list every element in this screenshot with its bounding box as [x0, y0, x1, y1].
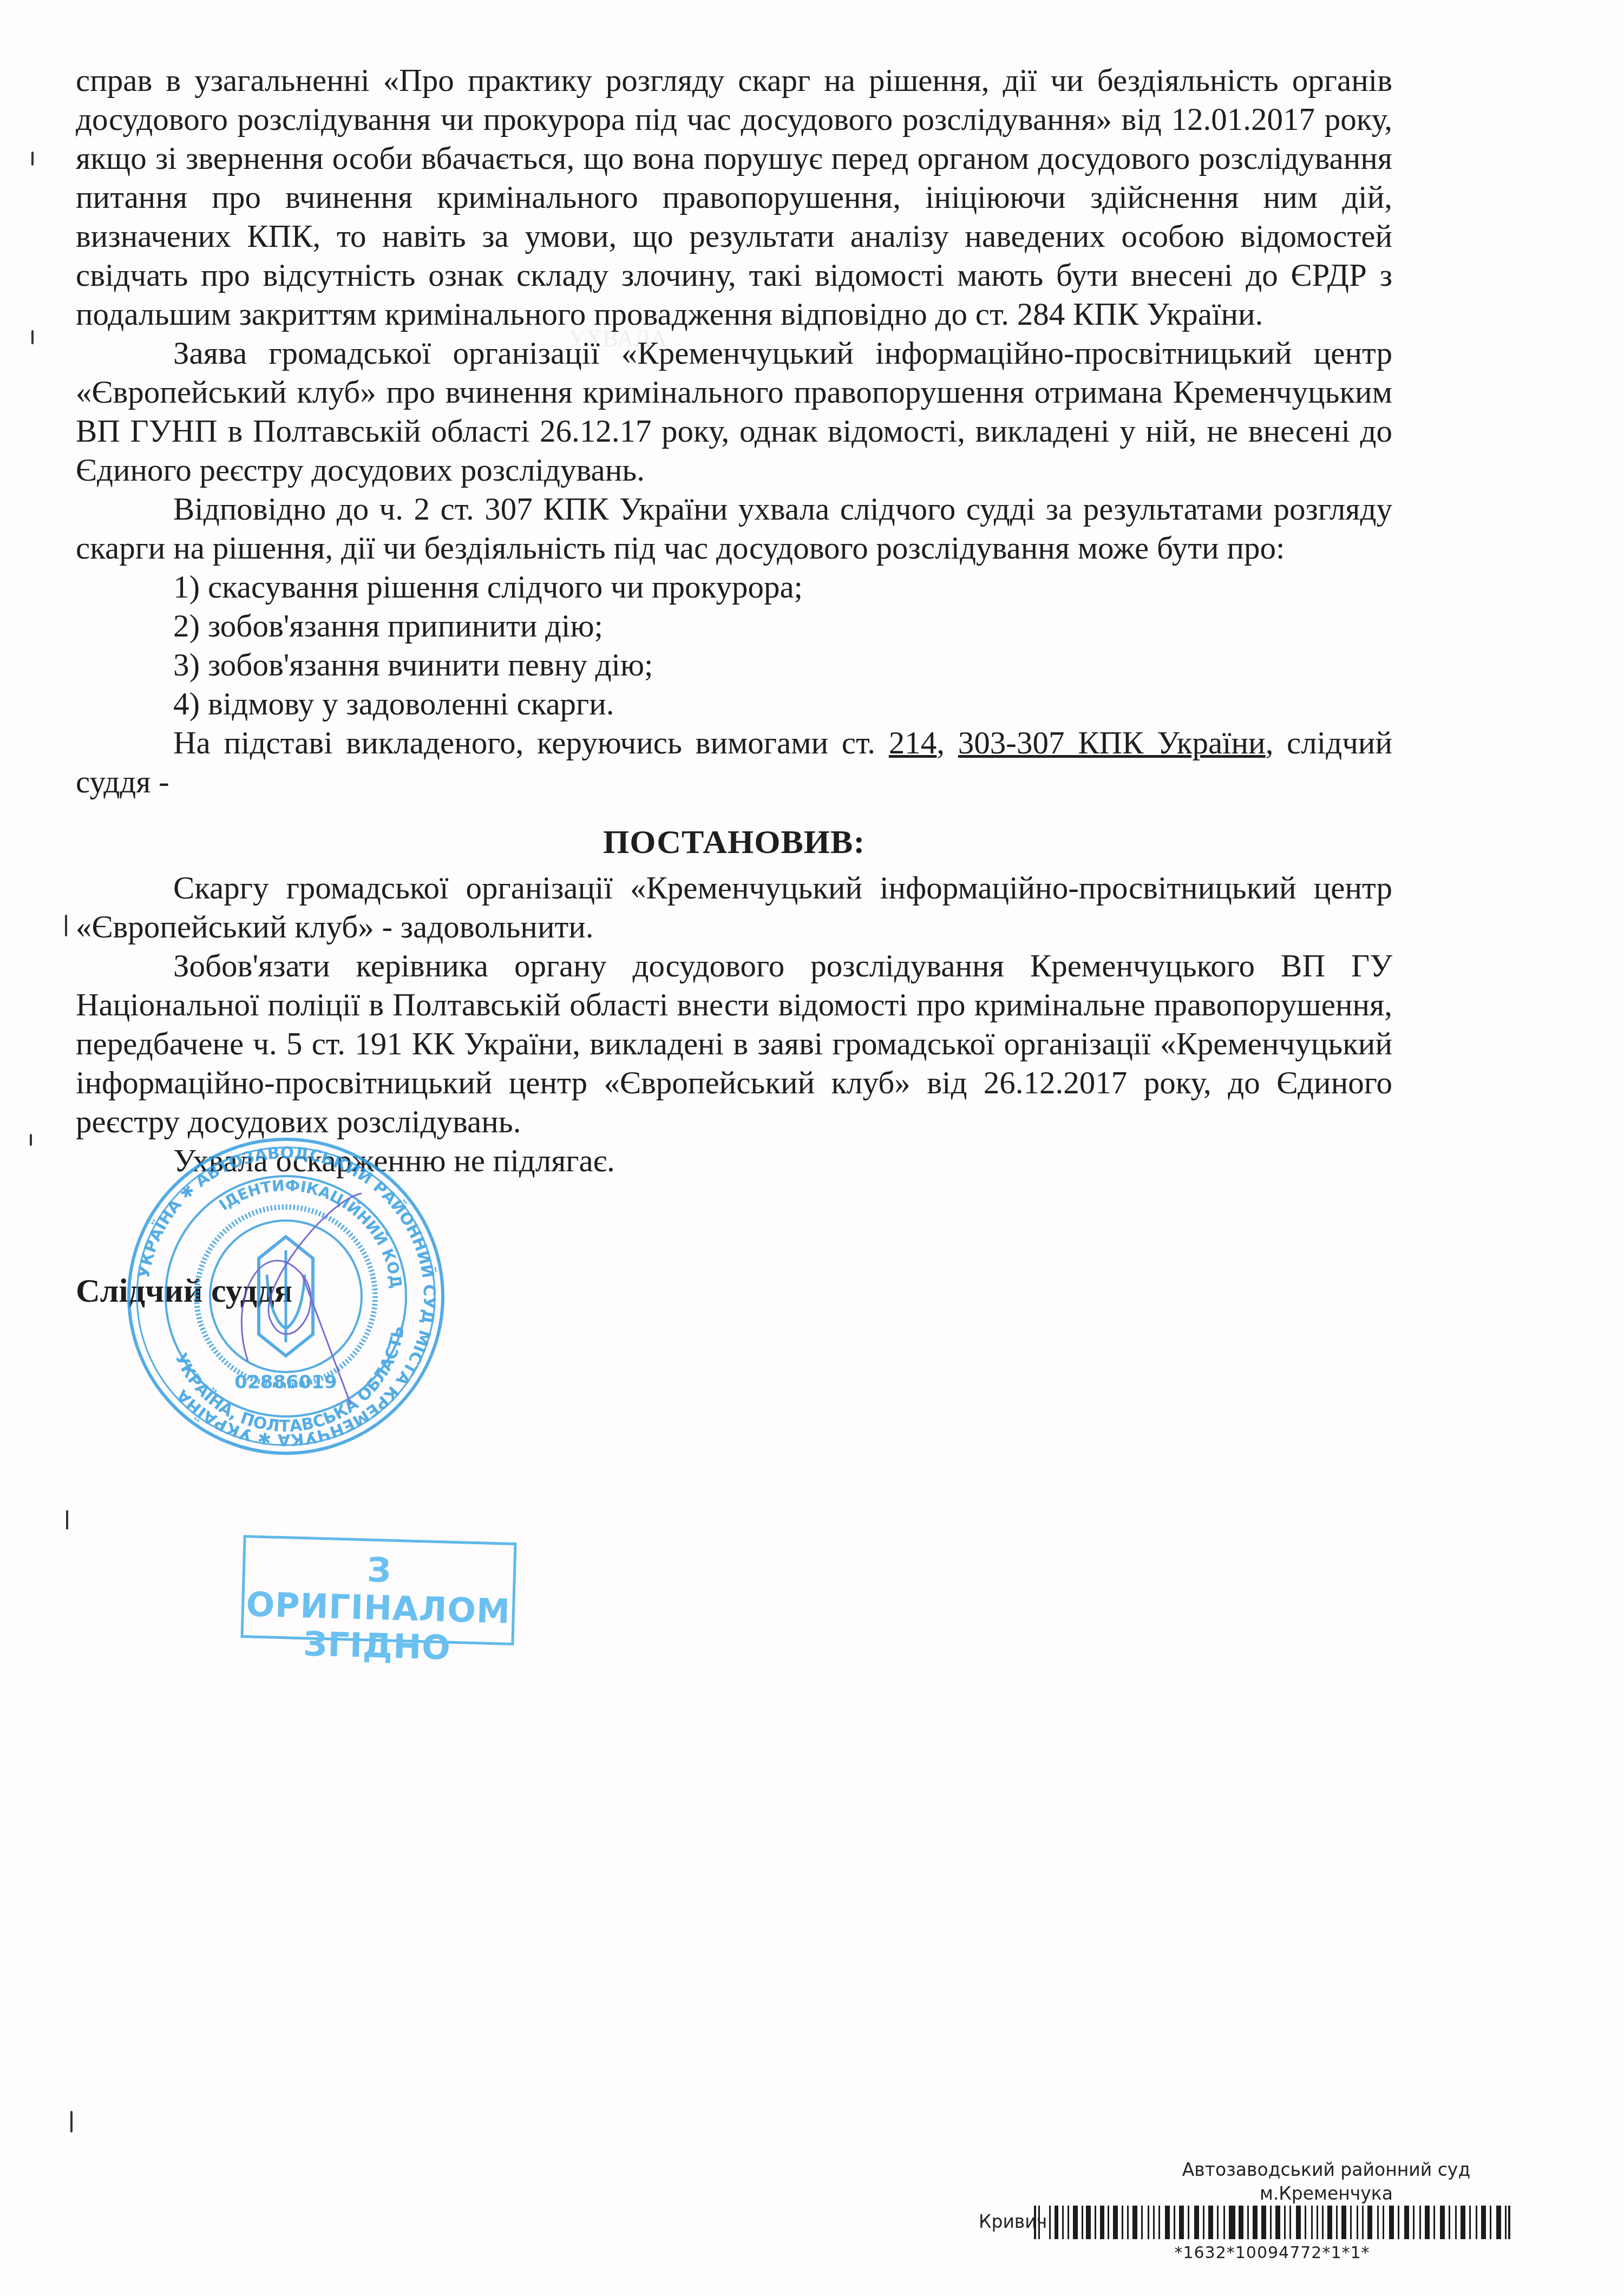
seal-code: 02886019 — [234, 1372, 337, 1393]
certified-copy-stamp: З ОРИГІНАЛОМ ЗГІДНО — [240, 1535, 516, 1645]
document-body: справ в узагальненні «Про практику розгл… — [76, 61, 1392, 1180]
resolution-paragraph-2: Зобов'язати керівника органу досудового … — [76, 946, 1392, 1141]
article-link-303-307[interactable]: 303-307 КПК України — [958, 725, 1266, 760]
paragraph-1: справ в узагальненні «Про практику розгл… — [76, 61, 1392, 333]
basis-paragraph: На підставі викладеного, керуючись вимог… — [76, 723, 1392, 801]
court-name: Автозаводський районний суд м.Кременчука — [1164, 2158, 1489, 2206]
barcode-row: Кривич — [953, 2206, 1592, 2239]
list-item: 3) зобов'язання вчинити певну дію; — [76, 645, 1392, 684]
list-item: 4) відмову у задоволенні скарги. — [76, 684, 1392, 723]
paragraph-3: Відповідно до ч. 2 ст. 307 КПК України у… — [76, 489, 1392, 567]
resolution-paragraph-1: Скаргу громадської організації «Кременчу… — [76, 868, 1392, 946]
barcode-icon — [1034, 2206, 1510, 2239]
paragraph-2: Заява громадської організації «Кременчуц… — [76, 333, 1392, 489]
list-item: 1) скасування рішення слідчого чи прокур… — [76, 567, 1392, 606]
document-page: УХВАЛА справ в узагальненні «Про практик… — [0, 0, 1624, 2296]
court-seal-icon: УКРАЇНА ✱ АВТОЗАВОДСЬКИЙ РАЙОННИЙ СУД МІ… — [123, 1134, 448, 1459]
barcode-number: *1632*10094772*1*1* — [1142, 2243, 1402, 2262]
resolution-heading: ПОСТАНОВИВ: — [76, 823, 1392, 862]
article-link-214[interactable]: 214 — [889, 725, 937, 760]
list-item: 2) зобов'язання припинити дію; — [76, 606, 1392, 645]
